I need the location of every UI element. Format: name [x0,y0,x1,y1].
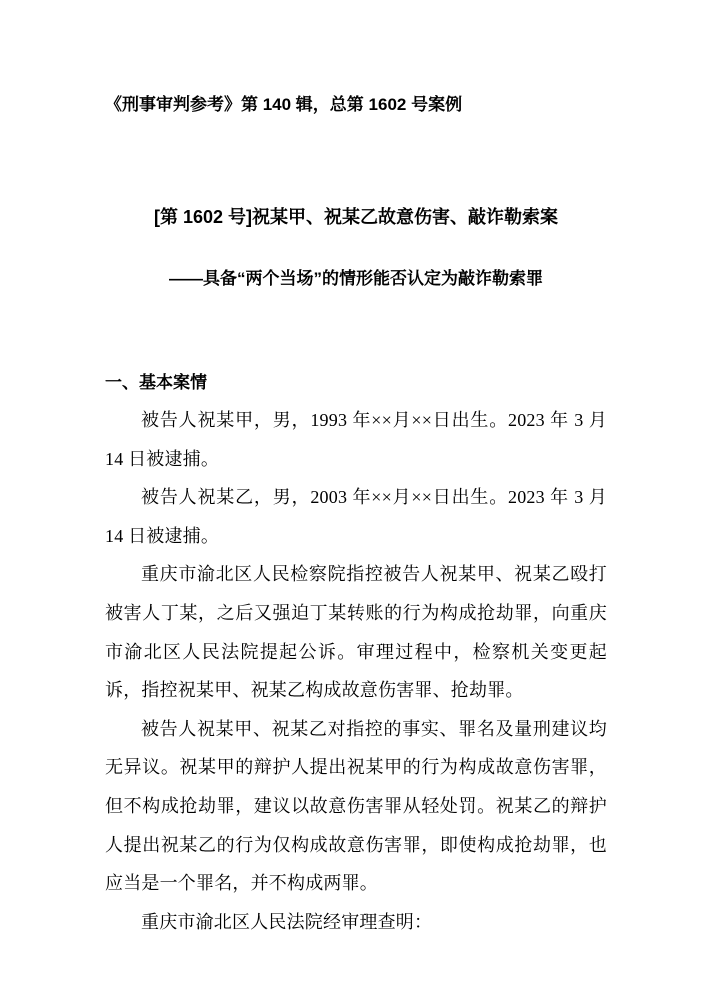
paragraph-defendant-b: 被告人祝某乙，男，2003 年××月××日出生。2023 年 3 月 14 日被… [105,478,607,555]
case-subtitle: ——具备“两个当场”的情形能否认定为敲诈勒索罪 [105,267,607,291]
document-page: 《刑事审判参考》第 140 辑，总第 1602 号案例 [第 1602 号]祝某… [0,0,707,999]
body-text: 被告人祝某甲，男，1993 年××月××日出生。2023 年 3 月 14 日被… [105,401,607,941]
paragraph-court-findings-lead: 重庆市渝北区人民法院经审理查明： [105,903,607,942]
paragraph-defense-opinions: 被告人祝某甲、祝某乙对指控的事实、罪名及量刑建议均无异议。祝某甲的辩护人提出祝某… [105,710,607,903]
paragraph-defendant-a: 被告人祝某甲，男，1993 年××月××日出生。2023 年 3 月 14 日被… [105,401,607,478]
paragraph-prosecution: 重庆市渝北区人民检察院指控被告人祝某甲、祝某乙殴打被害人丁某，之后又强迫丁某转账… [105,555,607,709]
document-source-header: 《刑事审判参考》第 140 辑，总第 1602 号案例 [105,93,607,117]
case-title: [第 1602 号]祝某甲、祝某乙故意伤害、敲诈勒索案 [105,205,607,229]
section-heading-basic-facts: 一、基本案情 [105,371,607,395]
